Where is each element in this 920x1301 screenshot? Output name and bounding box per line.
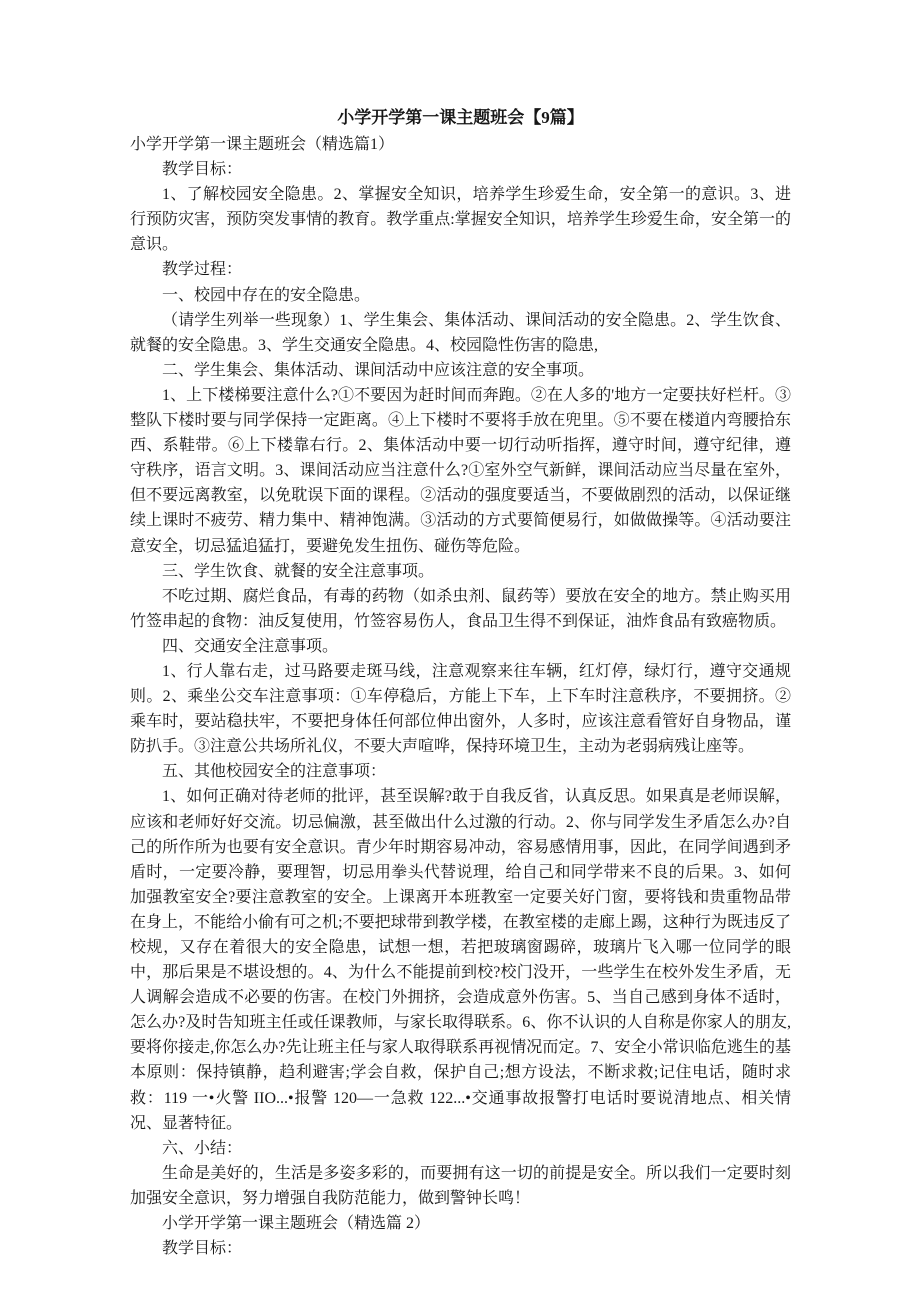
document-title: 小学开学第一课主题班会【9篇】 <box>130 105 791 131</box>
paragraph: （请学生列举一些现象）1、学生集会、集体活动、课间活动的安全隐患。2、学生饮食、… <box>130 308 791 358</box>
paragraph: 四、交通安全注意事项。 <box>130 634 791 659</box>
paragraph: 1、行人靠右走，过马路要走斑马线，注意观察来往车辆，红灯停，绿灯行，遵守交通规则… <box>130 659 791 759</box>
paragraph: 五、其他校园安全的注意事项： <box>130 759 791 784</box>
paragraph: 不吃过期、腐烂食品，有毒的药物（如杀虫剂、鼠药等）要放在安全的地方。禁止购买用竹… <box>130 584 791 634</box>
paragraph: 小学开学第一课主题班会（精选篇1） <box>130 132 791 157</box>
paragraph: 教学过程： <box>130 257 791 282</box>
paragraph: 生命是美好的，生活是多姿多彩的，而要拥有这一切的前提是安全。所以我们一定要时刻加… <box>130 1161 791 1211</box>
paragraph: 教学目标： <box>130 157 791 182</box>
paragraph: 教学目标： <box>130 1236 791 1261</box>
paragraph: 三、学生饮食、就餐的安全注意事项。 <box>130 559 791 584</box>
paragraph: 二、学生集会、集体活动、课间活动中应该注意的安全事项。 <box>130 358 791 383</box>
document-page: 小学开学第一课主题班会【9篇】 小学开学第一课主题班会（精选篇1）教学目标：1、… <box>0 0 920 1261</box>
document-body: 小学开学第一课主题班会（精选篇1）教学目标：1、了解校园安全隐患。2、掌握安全知… <box>130 132 791 1261</box>
paragraph: 小学开学第一课主题班会（精选篇 2） <box>130 1211 791 1236</box>
paragraph: 1、如何正确对待老师的批评，甚至误解?敢于自我反省，认真反思。如果真是老师误解，… <box>130 784 791 1135</box>
page: { "page": { "background_color": "#ffffff… <box>0 0 920 1301</box>
paragraph: 1、上下楼梯要注意什么?①不要因为赶时间而奔跑。②在人多的'地方一定要扶好栏杆。… <box>130 383 791 559</box>
paragraph: 1、了解校园安全隐患。2、掌握安全知识，培养学生珍爱生命，安全第一的意识。3、进… <box>130 182 791 257</box>
paragraph: 六、小结： <box>130 1136 791 1161</box>
paragraph: 一、校园中存在的安全隐患。 <box>130 283 791 308</box>
